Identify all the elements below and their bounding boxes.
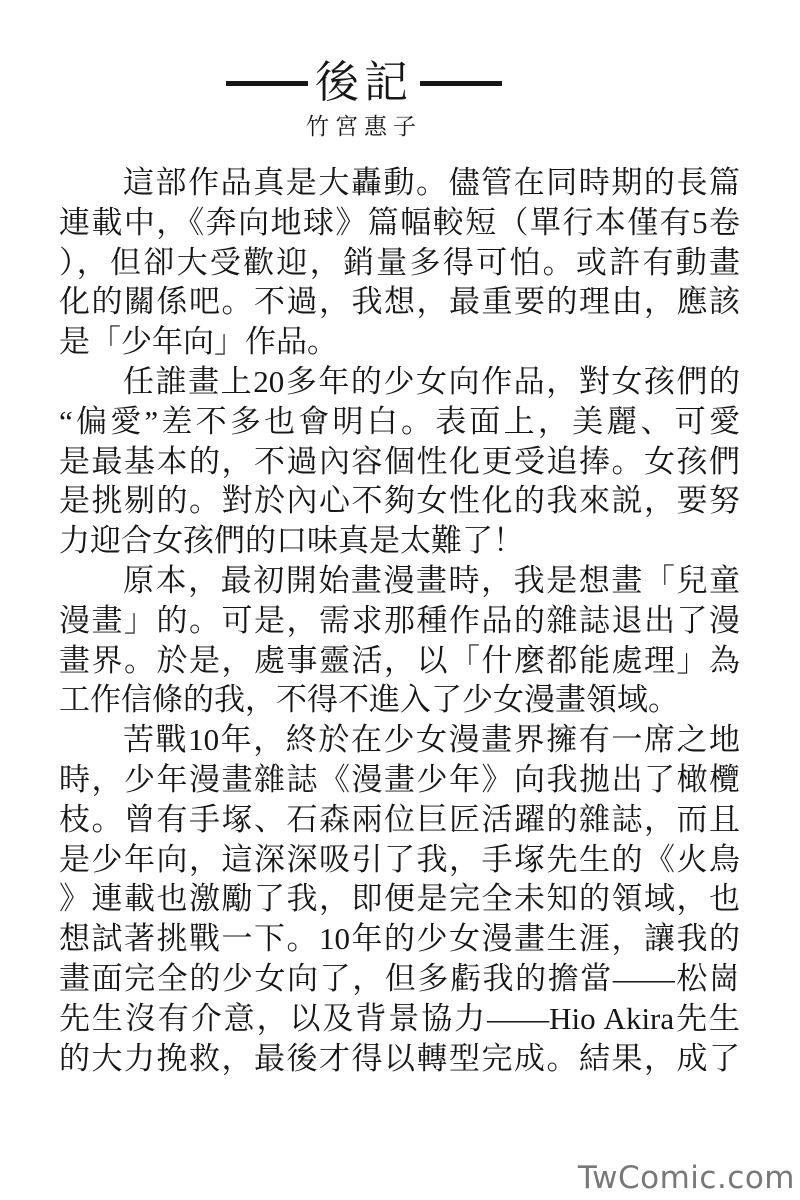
author-name: 竹宮惠子 [0,114,728,140]
text-line: 是「少年向」作品。 [59,322,740,362]
text-line: 工作信條的我，不得不進入了少女漫畫領域。 [59,680,740,720]
text-line: 畫面完全的少女向了，但多虧我的擔當——松崗 [59,959,740,999]
text-line: 任誰畫上20多年的少女向作品，對女孩們的 [59,362,740,402]
text-line: 力迎合女孩們的口味真是太難了！ [59,521,740,561]
title-text: 後記 [315,58,413,108]
text-line: 畫界。於是，處事靈活，以「什麼都能處理」為 [59,641,740,681]
watermark: TwComic.com [578,1161,795,1195]
text-line: 想試著挑戰一下。10年的少女漫畫生涯，讓我的 [59,919,740,959]
text-line: “偏愛”差不多也會明白。表面上，美麗、可愛 [59,402,740,442]
text-line: 這部作品真是大轟動。儘管在同時期的長篇 [59,163,740,203]
title-rule-right [420,81,502,86]
text-line: 是挑剔的。對於內心不夠女性化的我來説，要努 [59,481,740,521]
manga-afterword-page: 後記 竹宮惠子 這部作品真是大轟動。儘管在同時期的長篇連載中，《奔向地球》篇幅較… [0,0,800,1200]
text-line: 》連載也激勵了我，即便是完全未知的領域，也 [59,879,740,919]
title-rule-left [226,81,308,86]
text-line: ），但卻大受歡迎，銷量多得可怕。或許有動畫 [59,243,740,283]
text-line: 時，少年漫畫雜誌《漫畫少年》向我拋出了橄欖 [59,760,740,800]
title-block: 後記 竹宮惠子 [0,58,800,140]
afterword-body: 這部作品真是大轟動。儘管在同時期的長篇連載中，《奔向地球》篇幅較短（單行本僅有5… [59,163,740,1078]
text-line: 連載中，《奔向地球》篇幅較短（單行本僅有5卷 [59,203,740,243]
text-line: 是少年向，這深深吸引了我，手塚先生的《火鳥 [59,840,740,880]
text-line: 是最基本的，不過內容個性化更受追捧。女孩們 [59,442,740,482]
page-title: 後記 [0,58,728,108]
text-line: 先生沒有介意，以及背景協力——Hio Akira先生 [59,999,740,1039]
text-line: 化的關係吧。不過，我想，最重要的理由，應該 [59,282,740,322]
text-line: 的大力挽救，最後才得以轉型完成。結果，成了 [59,1039,740,1079]
text-line: 漫畫」的。可是，需求那種作品的雜誌退出了漫 [59,601,740,641]
text-line: 苦戰10年，終於在少女漫畫界擁有一席之地 [59,720,740,760]
text-line: 枝。曾有手塚、石森兩位巨匠活躍的雜誌，而且 [59,800,740,840]
text-line: 原本，最初開始畫漫畫時，我是想畫「兒童 [59,561,740,601]
